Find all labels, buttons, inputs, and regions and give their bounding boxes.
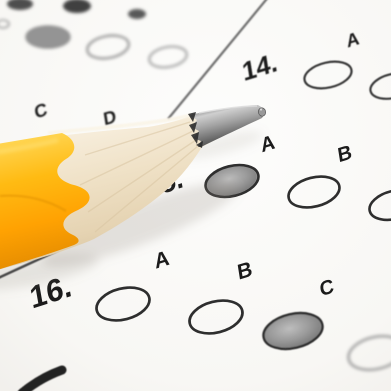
graphite-tip-glint <box>260 108 262 110</box>
photo-pencil-on-answer-sheet: C D 14. A 5. A B 16. A B C <box>0 0 391 391</box>
answer-sheet-photo: C D 14. A 5. A B 16. A B C <box>0 0 391 391</box>
bubble-top-dark-3 <box>128 9 146 19</box>
bubble-top-filled <box>26 26 70 48</box>
